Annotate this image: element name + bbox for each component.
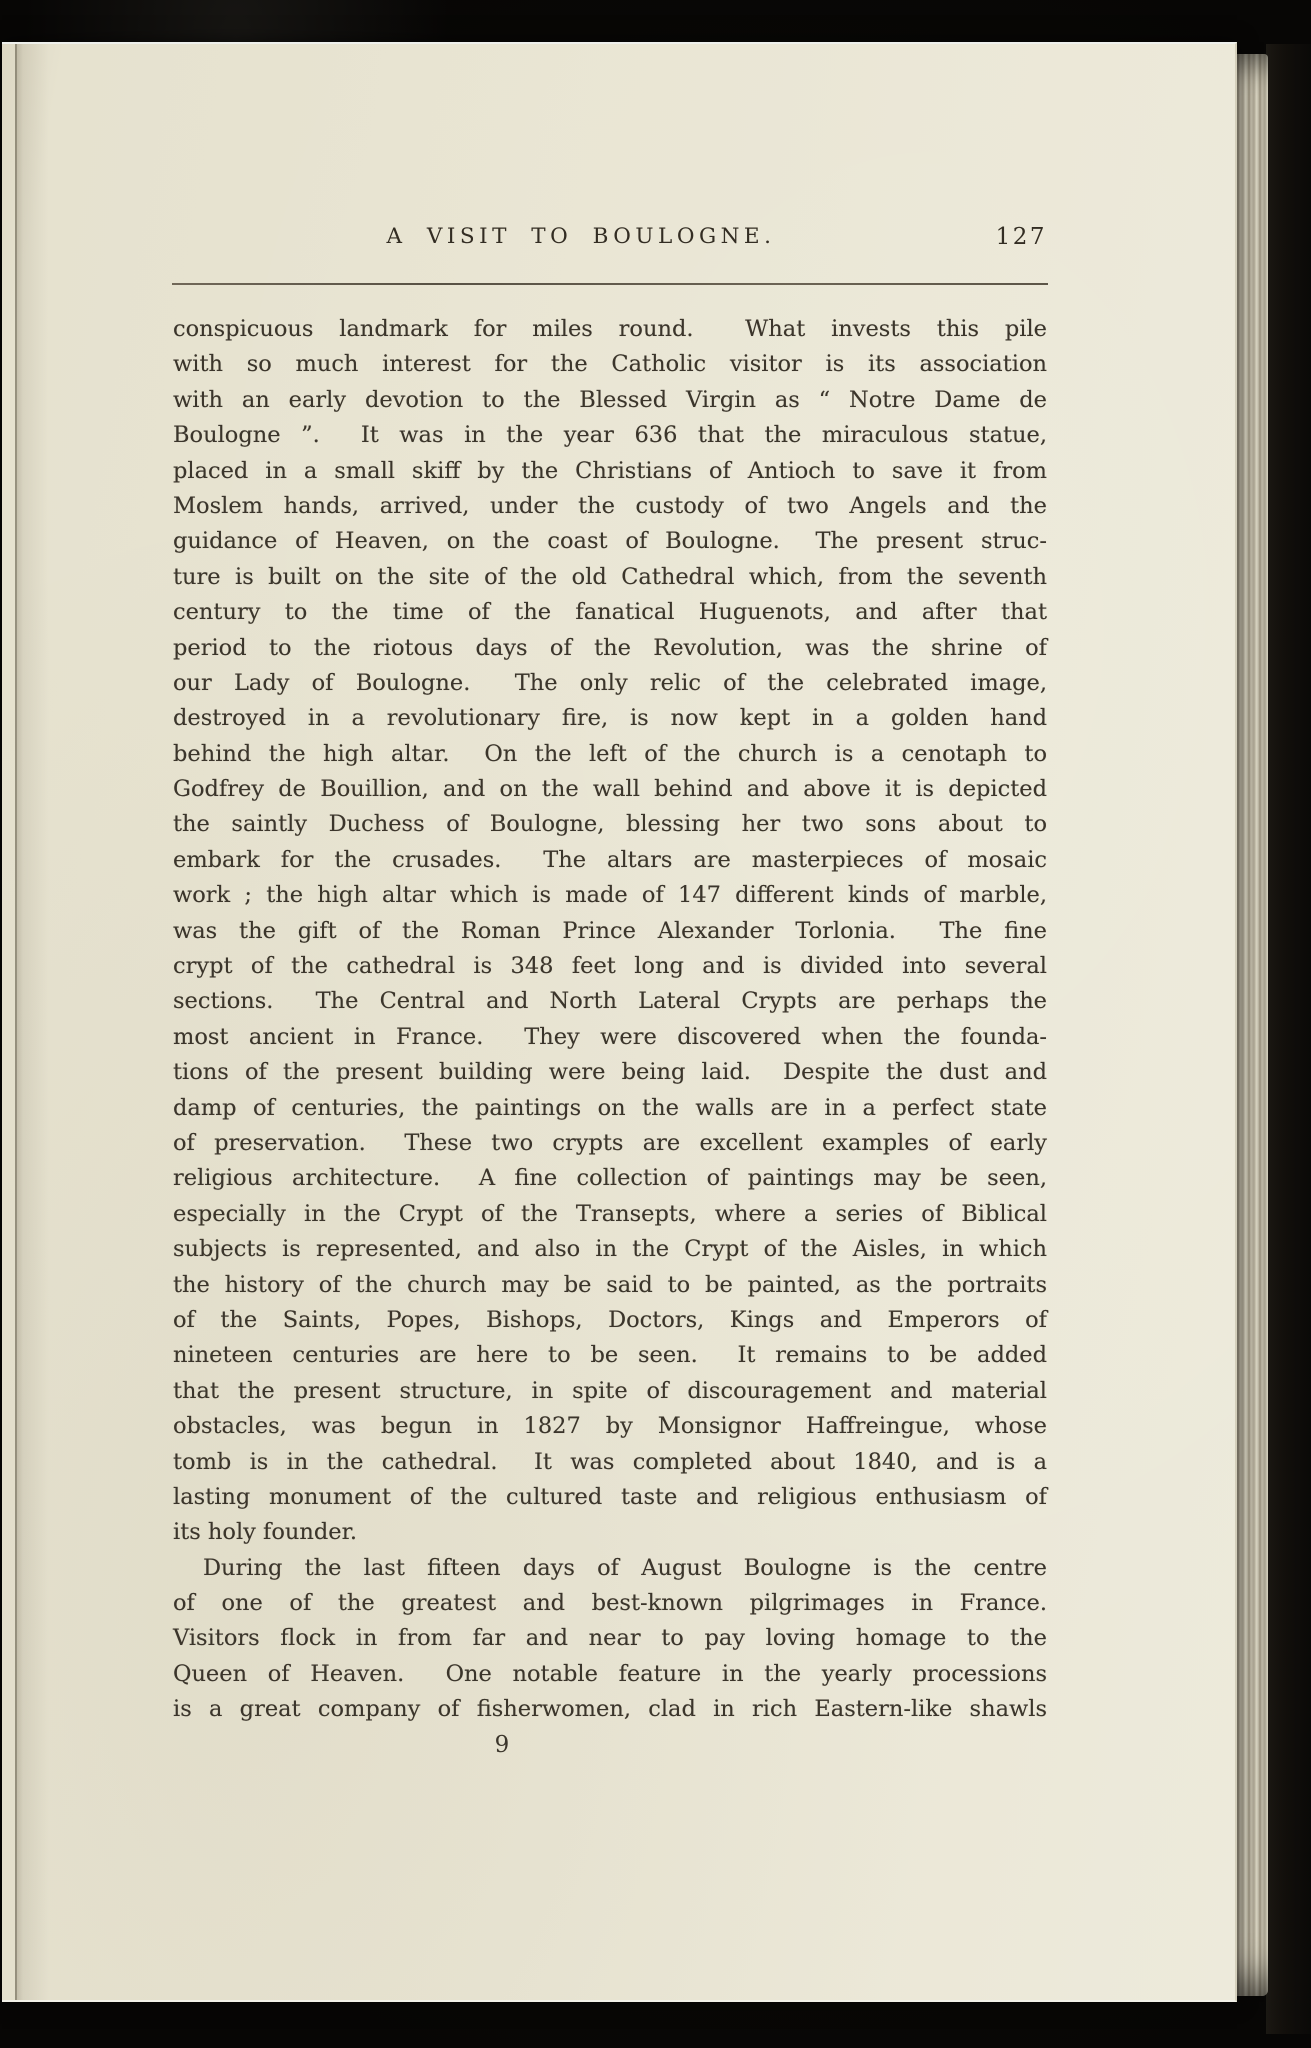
text-line: our Lady of Boulogne. The only relic of … (173, 666, 1047, 701)
text-line: that the present structure, in spite of … (173, 1374, 1047, 1409)
page-title: A VISIT TO BOULOGNE. (173, 224, 1047, 249)
text-line: Moslem hands, arrived, under the custody… (173, 489, 1047, 524)
text-line: most ancient in France. They were discov… (173, 1020, 1047, 1055)
text-line: nineteen centuries are here to be seen. … (173, 1338, 1047, 1373)
page-gutter-crease (15, 44, 49, 2000)
text-line: the saintly Duchess of Boulogne, blessin… (173, 807, 1047, 842)
text-line: especially in the Crypt of the Transepts… (173, 1197, 1047, 1232)
text-line: crypt of the cathedral is 348 feet long … (173, 949, 1047, 984)
running-head: A VISIT TO BOULOGNE. 127 (173, 224, 1047, 258)
text-line: the history of the church may be said to… (173, 1268, 1047, 1303)
text-line: destroyed in a revolutionary fire, is no… (173, 701, 1047, 736)
text-line: behind the high altar. On the left of th… (173, 737, 1047, 772)
text-line: Queen of Heaven. One notable feature in … (173, 1657, 1047, 1692)
text-line: sections. The Central and North Lateral … (173, 984, 1047, 1019)
text-line: Boulogne ”. It was in the year 636 that … (173, 418, 1047, 453)
book-cover-edge (1266, 44, 1311, 2034)
text-line: work ; the high altar which is made of 1… (173, 878, 1047, 913)
text-line: ture is built on the site of the old Cat… (173, 560, 1047, 595)
text-line: is a great company of fisherwomen, clad … (173, 1692, 1047, 1727)
text-line: subjects is represented, and also in the… (173, 1232, 1047, 1267)
text-line: lasting monument of the cultured taste a… (173, 1480, 1047, 1515)
text-line: Visitors flock in from far and near to p… (173, 1621, 1047, 1656)
photo-backdrop: A VISIT TO BOULOGNE. 127 conspicuous lan… (0, 0, 1311, 2048)
text-line: obstacles, was begun in 1827 by Monsigno… (173, 1409, 1047, 1444)
text-line: tomb is in the cathedral. It was complet… (173, 1445, 1047, 1480)
text-line: religious architecture. A fine collectio… (173, 1161, 1047, 1196)
text-line: its holy founder. (173, 1515, 1047, 1550)
text-line: tions of the present building were being… (173, 1055, 1047, 1090)
text-line: Godfrey de Bouillion, and on the wall be… (173, 772, 1047, 807)
text-line: damp of centuries, the paintings on the … (173, 1091, 1047, 1126)
text-line: with so much interest for the Catholic v… (173, 347, 1047, 382)
page-fore-edge (1234, 54, 1268, 1996)
text-line: of preservation. These two crypts are ex… (173, 1126, 1047, 1161)
text-line: was the gift of the Roman Prince Alexand… (173, 914, 1047, 949)
text-line: with an early devotion to the Blessed Vi… (173, 383, 1047, 418)
text-line: During the last fifteen days of August B… (173, 1551, 1047, 1586)
book-page: A VISIT TO BOULOGNE. 127 conspicuous lan… (2, 42, 1237, 2002)
signature-mark: 9 (442, 1732, 562, 1758)
text-line: of one of the greatest and best-known pi… (173, 1586, 1047, 1621)
page-number: 127 (996, 224, 1047, 250)
header-rule (172, 283, 1048, 285)
text-line: of the Saints, Popes, Bishops, Doctors, … (173, 1303, 1047, 1338)
text-line: guidance of Heaven, on the coast of Boul… (173, 524, 1047, 559)
text-line: conspicuous landmark for miles round. Wh… (173, 312, 1047, 347)
text-line: century to the time of the fanatical Hug… (173, 595, 1047, 630)
text-line: placed in a small skiff by the Christian… (173, 454, 1047, 489)
text-line: embark for the crusades. The altars are … (173, 843, 1047, 878)
body-text: conspicuous landmark for miles round. Wh… (173, 312, 1047, 1728)
text-line: period to the riotous days of the Revolu… (173, 631, 1047, 666)
